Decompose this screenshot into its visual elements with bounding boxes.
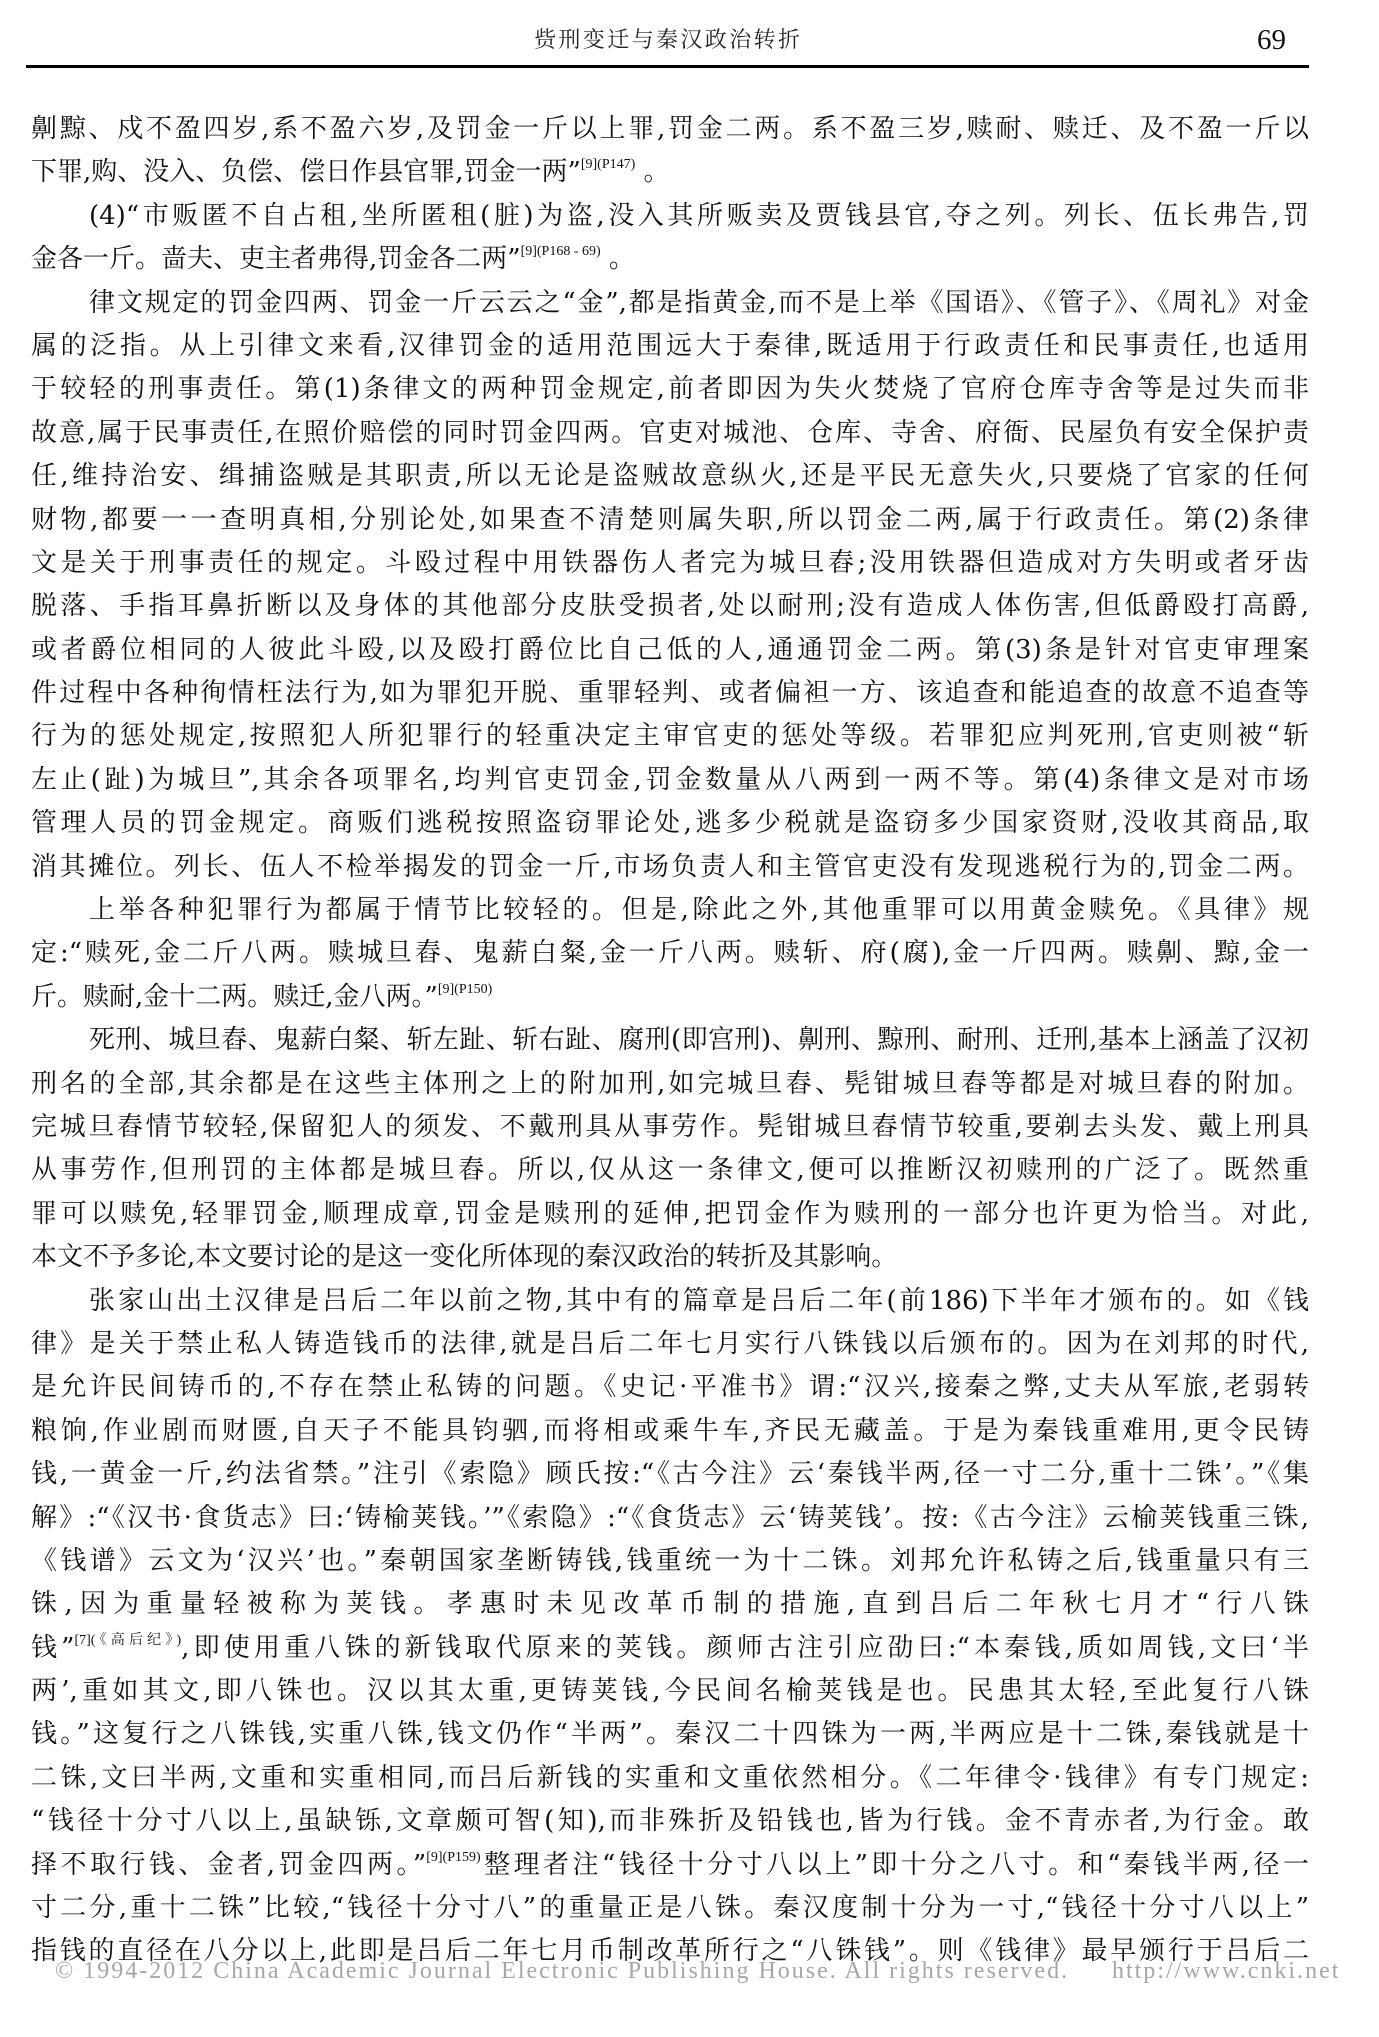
text-line: 斤。赎耐,金十二两。赎迁,金八两。”[9](P150) [31,976,1309,1019]
text-line: 完城旦舂情节较轻,保留犯人的须发、不戴刑具从事劳作。髡钳城旦舂情节较重,要剃去头… [31,1106,1309,1149]
paragraph: 死刑、城旦舂、鬼薪白粲、斩左趾、斩右趾、腐刑(即宫刑)、劓刑、黥刑、耐刑、迁刑,… [31,1019,1309,1279]
text-line: 劓黥、戍不盈四岁,系不盈六岁,及罚金一斤以上罪,罚金二两。系不盈三岁,赎耐、赎迁… [31,108,1309,151]
text-line: 钱。”这复行之八铢钱,实重八铢,钱文仍作“半两”。秦汉二十四铢为一两,半两应是十… [31,1713,1309,1756]
text-line: 粮饷,作业剧而财匮,自天子不能具钧驷,而将相或乘牛车,齐民无藏盖。于是为秦钱重难… [31,1410,1309,1453]
text-line: (4)“市贩匿不自占租,坐所匿租(脏)为盗,没入其所贩卖及贾钱县官,夺之列。列长… [31,195,1309,238]
text-line: 律文规定的罚金四两、罚金一斤云云之“金”,都是指黄金,而不是上举《国语》、《管子… [31,282,1309,325]
text-line: 或者爵位相同的人彼此斗殴,以及殴打爵位比自己低的人,通通罚金二两。第(3)条是针… [31,629,1309,672]
text-line: 律》是关于禁止私人铸造钱币的法律,就是吕后二年七月实行八铢钱以后颁布的。因为在刘… [31,1323,1309,1366]
text-line: 件过程中各种徇情枉法行为,如为罪犯开脱、重罪轻判、或者偏袒一方、该追查和能追查的… [31,672,1309,715]
text-line: 本文不予多论,本文要讨论的是这一变化所体现的秦汉政治的转折及其影响。 [31,1236,1309,1279]
text-line: 左止(趾)为城旦”,其余各项罪名,均判官吏罚金,罚金数量从八两到一两不等。第(4… [31,759,1309,802]
citation-superscript: [9](P150) [438,982,492,997]
journal-page: 赀刑变迁与秦汉政治转折 69 劓黥、戍不盈四岁,系不盈六岁,及罚金一斤以上罪,罚… [0,0,1379,2037]
line-text: 钱” [31,1633,74,1663]
text-line: “钱径十分寸八以上,虽缺铄,文章颇可智(知),而非殊折及铅钱也,皆为行钱。金不青… [31,1800,1309,1843]
page-number: 69 [1257,24,1286,56]
text-line: 张家山出土汉律是吕后二年以前之物,其中有的篇章是吕后二年(前186)下半年才颁布… [31,1280,1309,1323]
text-line: 文是关于刑事责任的规定。斗殴过程中用铁器伤人者完为城旦舂;没用铁器但造成对方失明… [31,542,1309,585]
text-line: 两’,重如其文,即八铢也。汉以其太重,更铸荚钱,今民间名榆荚钱是也。民患其太轻,… [31,1670,1309,1713]
url-watermark: http://www.cnki.net [1112,1958,1340,1984]
header-rule [26,65,1309,68]
paragraph: 律文规定的罚金四两、罚金一斤云云之“金”,都是指黄金,而不是上举《国语》、《管子… [31,282,1309,889]
text-line: 管理人员的罚金规定。商贩们逃税按照盗窃罪论处,逃多少税就是盗窃多少国家资财,没收… [31,802,1309,845]
text-line: 定:“赎死,金二斤八两。赎城旦舂、鬼薪白粲,金一斤八两。赎斩、府(腐),金一斤四… [31,932,1309,975]
text-line: 是允许民间铸币的,不存在禁止私铸的问题。《史记·平准书》谓:“汉兴,接秦之弊,丈… [31,1366,1309,1409]
text-line: 脱落、手指耳鼻折断以及身体的其他部分皮肤受损者,处以耐刑;没有造成人体伤害,但低… [31,585,1309,628]
line-text: 。 [635,157,669,187]
text-line: 择不取行钱、金者,罚金四两。”[9](P159)整理者注“钱径十分寸八以上”即十… [31,1844,1309,1887]
paragraph: (4)“市贩匿不自占租,坐所匿租(脏)为盗,没入其所贩卖及贾钱县官,夺之列。列长… [31,195,1309,282]
paragraph: 张家山出土汉律是吕后二年以前之物,其中有的篇章是吕后二年(前186)下半年才颁布… [31,1280,1309,1974]
text-line: 从事劳作,但刑罚的主体都是城旦舂。所以,仅从这一条律文,便可以推断汉初赎刑的广泛… [31,1149,1309,1192]
text-line: 死刑、城旦舂、鬼薪白粲、斩左趾、斩右趾、腐刑(即宫刑)、劓刑、黥刑、耐刑、迁刑,… [31,1019,1309,1062]
text-line: 消其摊位。列长、伍人不检举揭发的罚金一斤,市场负责人和主管官吏没有发现逃税行为的… [31,846,1309,889]
text-line: 故意,属于民事责任,在照价赔偿的同时罚金四两。官吏对城池、仓库、寺舍、府衙、民屋… [31,412,1309,455]
paragraph: 上举各种犯罪行为都属于情节比较轻的。但是,除此之外,其他重罪可以用黄金赎免。《具… [31,889,1309,1019]
line-text: 择不取行钱、金者,罚金四两。” [31,1850,426,1880]
running-title: 赀刑变迁与秦汉政治转折 [534,25,802,57]
line-text: 下罪,购、没入、负偿、偿日作县官罪,罚金一两” [31,157,581,187]
line-text: ,即使用重八铢的新钱取代原来的荚钱。颜师古注引应劭曰:“本秦钱,质如周钱,文曰‘… [181,1633,1309,1663]
line-text: 斤。赎耐,金十二两。赎迁,金八两。” [31,982,438,1012]
citation-superscript: [9](P147) [581,157,635,172]
text-line: 上举各种犯罪行为都属于情节比较轻的。但是,除此之外,其他重罪可以用黄金赎免。《具… [31,889,1309,932]
line-text: 整理者注“钱径十分寸八以上”即十分之八寸。和“秦钱半两,径一 [481,1850,1309,1880]
text-line: 铢,因为重量轻被称为荚钱。孝惠时未见改革币制的措施,直到吕后二年秋七月才“行八铢 [31,1583,1309,1626]
text-line: 任,维持治安、缉捕盗贼是其职责,所以无论是盗贼故意纵火,还是平民无意失火,只要烧… [31,455,1309,498]
text-line: 财物,都要一一查明真相,分别论处,如果查不清楚则属失职,所以罚金二两,属于行政责… [31,499,1309,542]
body-text: 劓黥、戍不盈四岁,系不盈六岁,及罚金一斤以上罪,罚金二两。系不盈三岁,赎耐、赎迁… [31,108,1309,1974]
text-line: 罪可以赎免,轻罪罚金,顺理成章,罚金是赎刑的延伸,把罚金作为赎刑的一部分也许更为… [31,1193,1309,1236]
text-line: 钱”[7](《高后纪》),即使用重八铢的新钱取代原来的荚钱。颜师古注引应劭曰:“… [31,1627,1309,1670]
citation-superscript: [9](P159) [426,1850,480,1865]
citation-superscript: [9](P168 - 69) [521,244,601,259]
text-line: 二铢,文曰半两,文重和实重相同,而吕后新钱的实重和文重依然相分。《二年律令·钱律… [31,1757,1309,1800]
paragraph: 劓黥、戍不盈四岁,系不盈六岁,及罚金一斤以上罪,罚金二两。系不盈三岁,赎耐、赎迁… [31,108,1309,195]
text-line: 刑名的全部,其余都是在这些主体刑之上的附加刑,如完城旦舂、髡钳城旦舂等都是对城旦… [31,1063,1309,1106]
copyright-watermark: © 1994-2012 China Academic Journal Elect… [55,1958,1069,1984]
line-text: 金各一斤。啬夫、吏主者弗得,罚金各二两” [31,244,521,274]
text-line: 下罪,购、没入、负偿、偿日作县官罪,罚金一两”[9](P147) 。 [31,151,1309,194]
text-line: 于较轻的刑事责任。第(1)条律文的两种罚金规定,前者即因为失火焚烧了官府仓库寺舍… [31,368,1309,411]
text-line: 行为的惩处规定,按照犯人所犯罪行的轻重决定主审官吏的惩处等级。若罪犯应判死刑,官… [31,715,1309,758]
text-line: 金各一斤。啬夫、吏主者弗得,罚金各二两”[9](P168 - 69) 。 [31,238,1309,281]
text-line: 寸二分,重十二铢”比较,“钱径十分寸八”的重量正是八铢。秦汉度制十分为一寸,“钱… [31,1887,1309,1930]
text-line: 属的泛指。从上引律文来看,汉律罚金的适用范围远大于秦律,既适用于行政责任和民事责… [31,325,1309,368]
text-line: 解》:“《汉书·食货志》曰:‘铸榆荚钱。’”《索隐》:“《食货志》云‘铸荚钱’。… [31,1497,1309,1540]
line-text: 。 [601,244,635,274]
text-line: 《钱谱》云文为‘汉兴’也。”秦朝国家垄断铸钱,钱重统一为十二铢。刘邦允许私铸之后… [31,1540,1309,1583]
text-line: 钱,一黄金一斤,约法省禁。”注引《索隐》顾氏按:“《古今注》云‘秦钱半两,径一寸… [31,1453,1309,1496]
citation-superscript: [7](《高后纪》) [74,1633,181,1648]
